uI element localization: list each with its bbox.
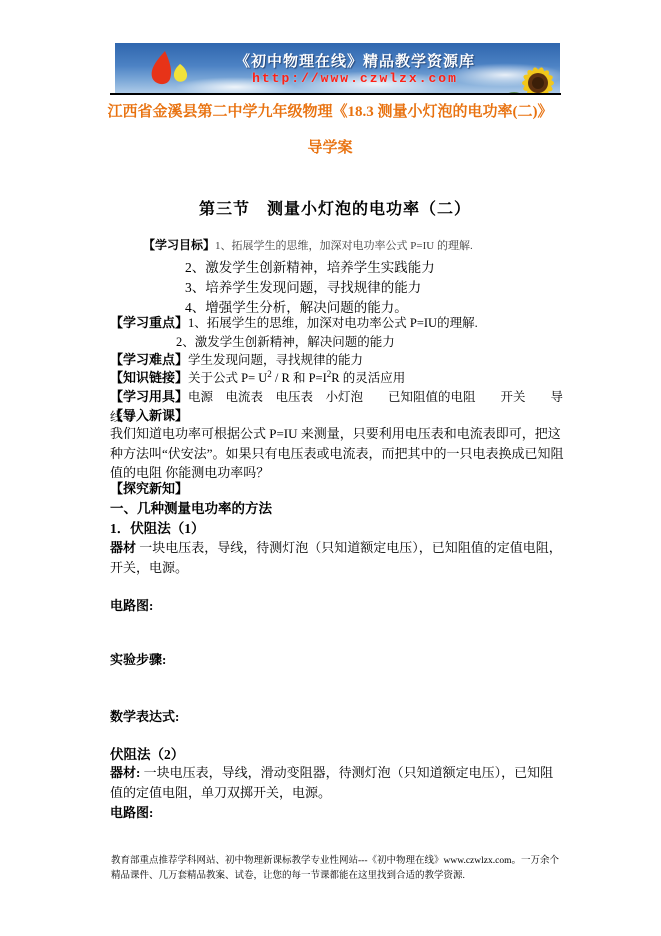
learning-objectives: 【学习目标】1、拓展学生的思维，加深对电功率公式 P=IU 的理解. 2、激发学… <box>110 238 564 318</box>
objectives-item-3: 3、培养学生发现问题，寻找规律的能力 <box>185 278 564 298</box>
sunflower-icon <box>504 57 560 93</box>
knowledge-formula-part3: R 的灵活应用 <box>331 371 405 385</box>
footer-text: 教育部重点推荐学科网站、初中物理新课标教学专业性网站---《初中物理在线》www… <box>111 854 560 883</box>
method1-materials: 器材 一块电压表，导线，待测灯泡（只知道额定电压），已知阻值的定值电阻，开关，电… <box>110 538 564 577</box>
banner-underline <box>110 93 561 95</box>
knowledge-formula-part1: 关于公式 P= U <box>188 371 267 385</box>
objectives-line1: 【学习目标】1、拓展学生的思维，加深对电功率公式 P=IU 的理解. <box>110 238 564 254</box>
method2-materials: 器材: 一块电压表，导线，滑动变阻器，待测灯泡（只知道额定电压），已知阻值的定值… <box>110 763 564 802</box>
site-banner: 《初中物理在线》精品教学资源库 http://www.czwlzx.com <box>115 43 560 93</box>
section-heading: 第三节 测量小灯泡的电功率（二） <box>105 196 565 219</box>
document-title-line2: 导学案 <box>80 139 580 158</box>
objectives-item-2: 2、激发学生创新精神，培养学生实践能力 <box>185 258 564 278</box>
banner-site-url: http://www.czwlzx.com <box>210 71 500 86</box>
method2-materials-text: 一块电压表，导线，滑动变阻器，待测灯泡（只知道额定电压），已知阻值的定值电阻，单… <box>110 765 553 800</box>
knowledge-formula-part2: / R 和 P=I <box>272 371 327 385</box>
difficulty-label: 【学习难点】 <box>110 352 188 367</box>
explore-subtitle: 一、几种测量电功率的方法 <box>110 499 564 519</box>
method2-title: 伏阻法（2） <box>110 745 564 765</box>
banner-site-name: 《初中物理在线》精品教学资源库 <box>205 50 505 71</box>
key-points: 【学习重点】1、拓展学生的思维，加深对电功率公式 P=IU的理解. 2、激发学生… <box>110 315 564 350</box>
knowledge-link-label: 【知识链接】 <box>110 370 188 385</box>
document-title: 江西省金溪县第二中学九年级物理《18.3 测量小灯泡的电功率(二)》 导学案 <box>80 103 580 158</box>
tools-label: 【学习用具】 <box>110 389 188 404</box>
method1-title: 1．伏阻法（1） <box>110 519 564 539</box>
key-points-label: 【学习重点】 <box>110 315 188 330</box>
intro-label: 【导入新课】 <box>110 406 564 426</box>
method1-steps-label: 实验步骤: <box>110 650 564 670</box>
document-page: { "banner": { "site_name": "《初中物理在线》精品教学… <box>0 0 661 936</box>
objectives-label: 【学习目标】 <box>143 238 215 252</box>
intro-paragraph: 我们知道电功率可根据公式 P=IU 来测量，只要利用电压表和电流表即可，把这种方… <box>110 424 564 483</box>
method1-materials-text: 一块电压表，导线，待测灯泡（只知道额定电压），已知阻值的定值电阻，开关，电源。 <box>110 540 562 575</box>
method2-materials-label: 器材: <box>110 765 140 780</box>
knowledge-link-line: 【知识链接】关于公式 P= U2 / R 和 P=I2R 的灵活应用 <box>110 368 564 389</box>
document-title-line1: 江西省金溪县第二中学九年级物理《18.3 测量小灯泡的电功率(二)》 <box>80 103 580 122</box>
method2-circuit-label: 电路图: <box>110 803 564 823</box>
objectives-item-1: 1、拓展学生的思维，加深对电功率公式 P=IU 的理解. <box>215 240 473 252</box>
explore-label: 【探究新知】 <box>110 479 564 499</box>
difficulty-text: 学生发现问题，寻找规律的能力 <box>188 353 363 367</box>
method1-formula-label: 数学表达式: <box>110 707 564 727</box>
method1-materials-label: 器材 <box>110 540 136 555</box>
objectives-items: 2、激发学生创新精神，培养学生实践能力 3、培养学生发现问题，寻找规律的能力 4… <box>110 258 564 318</box>
method1-circuit-label: 电路图: <box>110 596 564 616</box>
key-points-item-1: 1、拓展学生的思维，加深对电功率公式 P=IU的理解. <box>188 316 478 330</box>
flame-logo-icon <box>143 49 203 89</box>
key-points-item-2: 2、激发学生创新精神，解决问题的能力 <box>110 334 564 350</box>
key-points-line1: 【学习重点】1、拓展学生的思维，加深对电功率公式 P=IU的理解. <box>110 315 564 331</box>
